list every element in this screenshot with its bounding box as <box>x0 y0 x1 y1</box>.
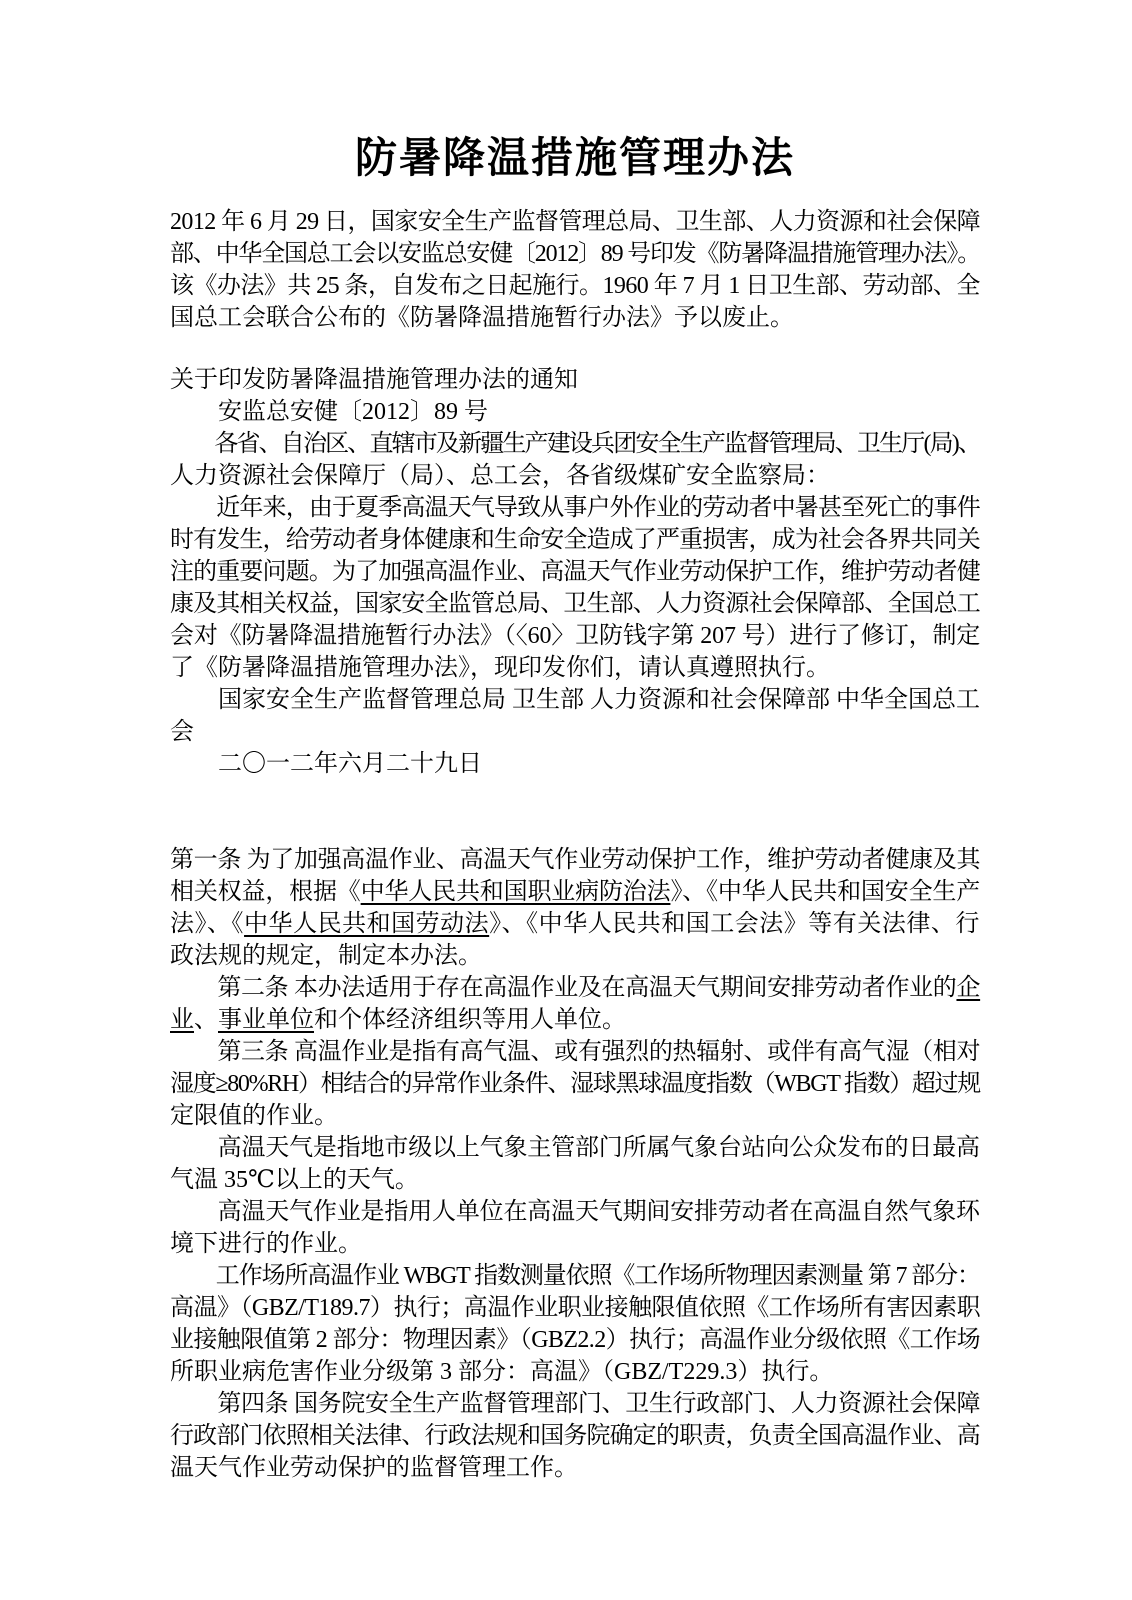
text-line: 高温天气是指地市级以上气象主管部门所属气象台站向公众发布的日最高 <box>170 1132 980 1164</box>
text-line-content: 高温》（GBZ/T189.7）执行；高温作业职业接触限值依照《工作场所有害因素职 <box>170 1295 980 1321</box>
text-line: 高温》（GBZ/T189.7）执行；高温作业职业接触限值依照《工作场所有害因素职 <box>170 1292 980 1324</box>
text-line: 部、中华全国总工会以安监总安健〔2012〕89 号印发《防暑降温措施管理办法》。 <box>170 238 980 270</box>
text-line-content: 安监总安健〔2012〕89 号 <box>170 399 488 425</box>
text-segment: 第三条 高温作业是指有高气温、或有强烈的热辐射、或伴有高气湿（相对 <box>170 1039 980 1065</box>
text-line: 业、事业单位和个体经济组织等用人单位。 <box>170 1004 980 1036</box>
text-line: 定限值的作业。 <box>170 1100 980 1132</box>
text-line-content: 第三条 高温作业是指有高气温、或有强烈的热辐射、或伴有高气湿（相对 <box>170 1039 980 1065</box>
text-segment: 高温天气作业是指用人单位在高温天气期间安排劳动者在高温自然气象环 <box>170 1199 980 1225</box>
text-segment: 人力资源社会保障厅（局）、总工会，各省级煤矿安全监察局： <box>170 463 830 489</box>
text-line: 会 <box>170 716 980 748</box>
text-line: 人力资源社会保障厅（局）、总工会，各省级煤矿安全监察局： <box>170 460 980 492</box>
text-segment: 了《防暑降温措施管理办法》，现印发你们，请认真遵照执行。 <box>170 655 830 681</box>
text-segment: 2012 年 6 月 29 日，国家安全生产监督管理总局、卫生部、人力资源和社会… <box>170 209 980 235</box>
text-segment: 行政部门依照相关法律、行政法规和国务院确定的职责，负责全国高温作业、高 <box>170 1423 980 1449</box>
text-segment: 部、中华全国总工会以安监总安健〔2012〕89 号印发《防暑降温措施管理办法》。 <box>170 241 980 267</box>
text-line: 相关权益，根据《中华人民共和国职业病防治法》、《中华人民共和国安全生产 <box>170 876 980 908</box>
text-line-content: 高温天气作业是指用人单位在高温天气期间安排劳动者在高温自然气象环 <box>170 1199 980 1225</box>
text-line-content: 第四条 国务院安全生产监督管理部门、卫生行政部门、人力资源社会保障 <box>170 1391 980 1417</box>
text-line: 各省、自治区、直辖市及新疆生产建设兵团安全生产监督管理局、卫生厅(局)、 <box>170 428 980 460</box>
text-line-content: 部、中华全国总工会以安监总安健〔2012〕89 号印发《防暑降温措施管理办法》。 <box>170 241 980 267</box>
underlined-text: 企 <box>956 975 980 1001</box>
text-line: 国家安全生产监督管理总局 卫生部 人力资源和社会保障部 中华全国总工 <box>170 684 980 716</box>
text-segment: 政法规的规定，制定本办法。 <box>170 943 482 969</box>
text-segment: 时有发生，给劳动者身体健康和生命安全造成了严重损害，成为社会各界共同关 <box>170 527 980 553</box>
text-line-content: 二〇一二年六月二十九日 <box>170 751 482 777</box>
text-segment: 温天气作业劳动保护的监督管理工作。 <box>170 1455 578 1481</box>
text-segment: 高温》（GBZ/T189.7）执行；高温作业职业接触限值依照《工作场所有害因素职 <box>170 1295 980 1321</box>
text-line: 工作场所高温作业 WBGT 指数测量依照《工作场所物理因素测量 第 7 部分： <box>170 1260 980 1292</box>
text-line-content: 温天气作业劳动保护的监督管理工作。 <box>170 1455 578 1481</box>
text-segment: 会对《防暑降温措施暂行办法》（〈60〉卫防钱字第 207 号）进行了修订，制定 <box>170 623 980 649</box>
text-segment: 会 <box>170 719 194 745</box>
text-line: 气温 35℃以上的天气。 <box>170 1164 980 1196</box>
paragraph-gap <box>170 780 980 844</box>
text-segment: 国家安全生产监督管理总局 卫生部 人力资源和社会保障部 中华全国总工 <box>170 687 980 713</box>
text-line: 二〇一二年六月二十九日 <box>170 748 980 780</box>
text-line-content: 关于印发防暑降温措施管理办法的通知 <box>170 367 578 393</box>
text-line: 会对《防暑降温措施暂行办法》（〈60〉卫防钱字第 207 号）进行了修订，制定 <box>170 620 980 652</box>
text-segment: 和个体经济组织等用人单位。 <box>314 1007 626 1033</box>
text-segment: 各省、自治区、直辖市及新疆生产建设兵团安全生产监督管理局、卫生厅(局)、 <box>170 431 980 457</box>
text-line-content: 各省、自治区、直辖市及新疆生产建设兵团安全生产监督管理局、卫生厅(局)、 <box>170 431 980 457</box>
text-line: 该《办法》共 25 条，自发布之日起施行。1960 年 7 月 1 日卫生部、劳… <box>170 270 980 302</box>
text-segment: 》、《中华人民共和国安全生产 <box>670 879 980 905</box>
underlined-text: 中华人民共和国劳动法 <box>244 911 489 937</box>
text-line-content: 该《办法》共 25 条，自发布之日起施行。1960 年 7 月 1 日卫生部、劳… <box>170 273 980 299</box>
text-segment: 康及其相关权益，国家安全监管总局、卫生部、人力资源社会保障部、全国总工 <box>170 591 980 617</box>
text-segment: 业接触限值第 2 部分：物理因素》（GBZ2.2）执行；高温作业分级依照《工作场 <box>170 1327 980 1353</box>
text-line: 安监总安健〔2012〕89 号 <box>170 396 980 428</box>
text-segment: 安监总安健〔2012〕89 号 <box>170 399 488 425</box>
text-line: 高温天气作业是指用人单位在高温天气期间安排劳动者在高温自然气象环 <box>170 1196 980 1228</box>
text-line-content: 相关权益，根据《中华人民共和国职业病防治法》、《中华人民共和国安全生产 <box>170 879 980 905</box>
document-page: 防暑降温措施管理办法 2012 年 6 月 29 日，国家安全生产监督管理总局、… <box>0 0 1132 1600</box>
text-segment: 二〇一二年六月二十九日 <box>170 751 482 777</box>
text-line: 第一条 为了加强高温作业、高温天气作业劳动保护工作，维护劳动者健康及其 <box>170 844 980 876</box>
text-segment: 高温天气是指地市级以上气象主管部门所属气象台站向公众发布的日最高 <box>170 1135 980 1161</box>
text-segment: 国总工会联合公布的《防暑降温措施暂行办法》予以废止。 <box>170 305 794 331</box>
text-line-content: 会 <box>170 719 194 745</box>
text-line: 注的重要问题。为了加强高温作业、高温天气作业劳动保护工作，维护劳动者健 <box>170 556 980 588</box>
text-line-content: 法》、《中华人民共和国劳动法》、《中华人民共和国工会法》等有关法律、行 <box>170 911 980 937</box>
text-line: 湿度≥80%RH）相结合的异常作业条件、湿球黑球温度指数（WBGT 指数）超过规 <box>170 1068 980 1100</box>
text-line-content: 第二条 本办法适用于存在高温作业及在高温天气期间安排劳动者作业的企 <box>170 975 980 1001</box>
text-segment: 定限值的作业。 <box>170 1103 338 1129</box>
text-line: 国总工会联合公布的《防暑降温措施暂行办法》予以废止。 <box>170 302 980 334</box>
text-segment: 所职业病危害作业分级第 3 部分：高温》（GBZ/T229.3）执行。 <box>170 1359 833 1385</box>
text-segment: 第一条 为了加强高温作业、高温天气作业劳动保护工作，维护劳动者健康及其 <box>170 847 980 873</box>
text-line-content: 定限值的作业。 <box>170 1103 338 1129</box>
text-line-content: 会对《防暑降温措施暂行办法》（〈60〉卫防钱字第 207 号）进行了修订，制定 <box>170 623 980 649</box>
underlined-text: 中华人民共和国职业病防治法 <box>361 879 671 905</box>
text-line-content: 第一条 为了加强高温作业、高温天气作业劳动保护工作，维护劳动者健康及其 <box>170 847 980 873</box>
text-line: 2012 年 6 月 29 日，国家安全生产监督管理总局、卫生部、人力资源和社会… <box>170 206 980 238</box>
text-line-content: 近年来，由于夏季高温天气导致从事户外作业的劳动者中暑甚至死亡的事件 <box>170 495 980 521</box>
text-line-content: 政法规的规定，制定本办法。 <box>170 943 482 969</box>
text-segment: 近年来，由于夏季高温天气导致从事户外作业的劳动者中暑甚至死亡的事件 <box>170 495 980 521</box>
paragraph-gap <box>170 334 980 364</box>
text-line: 时有发生，给劳动者身体健康和生命安全造成了严重损害，成为社会各界共同关 <box>170 524 980 556</box>
text-line-content: 工作场所高温作业 WBGT 指数测量依照《工作场所物理因素测量 第 7 部分： <box>170 1263 980 1289</box>
text-line-content: 境下进行的作业。 <box>170 1231 362 1257</box>
text-line: 温天气作业劳动保护的监督管理工作。 <box>170 1452 980 1484</box>
text-segment: 境下进行的作业。 <box>170 1231 362 1257</box>
text-line-content: 2012 年 6 月 29 日，国家安全生产监督管理总局、卫生部、人力资源和社会… <box>170 209 980 235</box>
text-line-content: 所职业病危害作业分级第 3 部分：高温》（GBZ/T229.3）执行。 <box>170 1359 833 1385</box>
text-line: 行政部门依照相关法律、行政法规和国务院确定的职责，负责全国高温作业、高 <box>170 1420 980 1452</box>
text-line: 康及其相关权益，国家安全监管总局、卫生部、人力资源社会保障部、全国总工 <box>170 588 980 620</box>
text-segment: 法》、《 <box>170 911 244 937</box>
text-line-content: 时有发生，给劳动者身体健康和生命安全造成了严重损害，成为社会各界共同关 <box>170 527 980 553</box>
text-line: 所职业病危害作业分级第 3 部分：高温》（GBZ/T229.3）执行。 <box>170 1356 980 1388</box>
text-line-content: 人力资源社会保障厅（局）、总工会，各省级煤矿安全监察局： <box>170 463 830 489</box>
text-segment: 相关权益，根据《 <box>170 879 361 905</box>
text-line: 了《防暑降温措施管理办法》，现印发你们，请认真遵照执行。 <box>170 652 980 684</box>
text-line: 境下进行的作业。 <box>170 1228 980 1260</box>
document-body: 2012 年 6 月 29 日，国家安全生产监督管理总局、卫生部、人力资源和社会… <box>170 206 980 1484</box>
text-line-content: 气温 35℃以上的天气。 <box>170 1167 419 1193</box>
text-segment: 第二条 本办法适用于存在高温作业及在高温天气期间安排劳动者作业的 <box>170 975 956 1001</box>
text-line-content: 国总工会联合公布的《防暑降温措施暂行办法》予以废止。 <box>170 305 794 331</box>
text-segment: 该《办法》共 25 条，自发布之日起施行。1960 年 7 月 1 日卫生部、劳… <box>170 273 980 299</box>
text-line: 业接触限值第 2 部分：物理因素》（GBZ2.2）执行；高温作业分级依照《工作场 <box>170 1324 980 1356</box>
text-segment: 气温 35℃以上的天气。 <box>170 1167 419 1193</box>
text-line-content: 了《防暑降温措施管理办法》，现印发你们，请认真遵照执行。 <box>170 655 830 681</box>
text-segment: 关于印发防暑降温措施管理办法的通知 <box>170 367 578 393</box>
underlined-text: 事业单位 <box>218 1007 314 1033</box>
text-line: 近年来，由于夏季高温天气导致从事户外作业的劳动者中暑甚至死亡的事件 <box>170 492 980 524</box>
text-line: 第四条 国务院安全生产监督管理部门、卫生行政部门、人力资源社会保障 <box>170 1388 980 1420</box>
text-line-content: 湿度≥80%RH）相结合的异常作业条件、湿球黑球温度指数（WBGT 指数）超过规 <box>170 1071 980 1097</box>
text-line-content: 高温天气是指地市级以上气象主管部门所属气象台站向公众发布的日最高 <box>170 1135 980 1161</box>
text-line: 第二条 本办法适用于存在高温作业及在高温天气期间安排劳动者作业的企 <box>170 972 980 1004</box>
text-line-content: 康及其相关权益，国家安全监管总局、卫生部、人力资源社会保障部、全国总工 <box>170 591 980 617</box>
text-segment: 》、《中华人民共和国工会法》等有关法律、行 <box>489 911 980 937</box>
text-line-content: 业接触限值第 2 部分：物理因素》（GBZ2.2）执行；高温作业分级依照《工作场 <box>170 1327 980 1353</box>
text-line: 政法规的规定，制定本办法。 <box>170 940 980 972</box>
text-line-content: 行政部门依照相关法律、行政法规和国务院确定的职责，负责全国高温作业、高 <box>170 1423 980 1449</box>
text-line-content: 业、事业单位和个体经济组织等用人单位。 <box>170 1007 626 1033</box>
text-line: 第三条 高温作业是指有高气温、或有强烈的热辐射、或伴有高气湿（相对 <box>170 1036 980 1068</box>
text-segment: 、 <box>194 1007 218 1033</box>
document-title: 防暑降温措施管理办法 <box>170 132 980 186</box>
text-segment: 注的重要问题。为了加强高温作业、高温天气作业劳动保护工作，维护劳动者健 <box>170 559 980 585</box>
text-line-content: 国家安全生产监督管理总局 卫生部 人力资源和社会保障部 中华全国总工 <box>170 687 980 713</box>
text-segment: 湿度≥80%RH）相结合的异常作业条件、湿球黑球温度指数（WBGT 指数）超过规 <box>170 1071 980 1097</box>
text-segment: 第四条 国务院安全生产监督管理部门、卫生行政部门、人力资源社会保障 <box>170 1391 980 1417</box>
text-line: 关于印发防暑降温措施管理办法的通知 <box>170 364 980 396</box>
text-line: 法》、《中华人民共和国劳动法》、《中华人民共和国工会法》等有关法律、行 <box>170 908 980 940</box>
underlined-text: 业 <box>170 1007 194 1033</box>
text-line-content: 注的重要问题。为了加强高温作业、高温天气作业劳动保护工作，维护劳动者健 <box>170 559 980 585</box>
text-segment: 工作场所高温作业 WBGT 指数测量依照《工作场所物理因素测量 第 7 部分： <box>170 1263 980 1289</box>
